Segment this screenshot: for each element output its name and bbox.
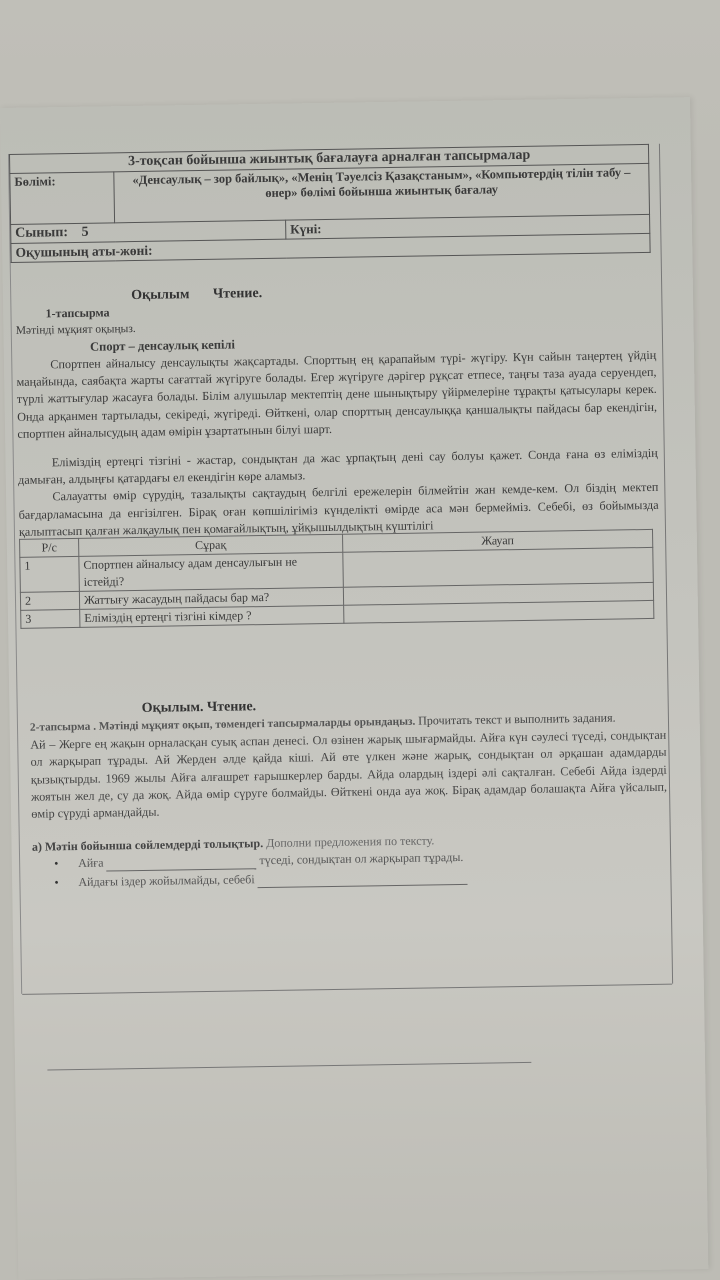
row-answer[interactable]	[344, 600, 654, 623]
task1-heading-kz: Оқылым	[131, 287, 189, 303]
questions-table: Р/с Сұрақ Жауап 1 Спортпен айналысу адам…	[19, 529, 654, 629]
row-answer[interactable]	[343, 547, 654, 587]
row-number: 3	[21, 609, 80, 628]
row-question: Спортпен айналысу адам денсаулығын не іс…	[79, 552, 344, 591]
row-number: 2	[20, 591, 79, 610]
task1-paragraph-1: Спортпен айналысу денсаулықты жақсартады…	[16, 347, 657, 443]
fill-blank[interactable]	[258, 872, 468, 888]
row-number: 1	[20, 556, 80, 592]
fill-item-prefix: Айға	[78, 856, 104, 870]
subtask-a-title-kz: а) Мәтін бойынша сөйлемдерді толықтыр.	[32, 837, 263, 855]
task1-section: Оқылым Чтение. 1-тапсырма Мәтінді мұқият…	[15, 279, 660, 629]
task2-section: Оқылым. Чтение. 2-тапсырма . Мәтінді мұқ…	[30, 692, 669, 894]
section-label: Бөлімі:	[10, 172, 115, 225]
col-header-number: Р/с	[20, 538, 79, 557]
task2-paragraph: Ай – Жерге ең жақын орналасқан суық аспа…	[30, 727, 667, 823]
header-table: 3-тоқсан бойынша жиынтық бағалауға арнал…	[9, 144, 651, 263]
date-label: Күні:	[290, 221, 322, 236]
worksheet-page: 3-тоқсан бойынша жиынтық бағалауға арнал…	[8, 144, 673, 994]
fill-blank[interactable]	[106, 857, 256, 872]
row-question: Еліміздің ертеңгі тізгіні кімдер ?	[80, 605, 344, 627]
subtask-a-title-ru: Дополни предложения по тексту.	[266, 834, 434, 851]
task1-heading-ru: Чтение.	[213, 286, 262, 302]
student-name-label: Оқушының аты-жөні:	[15, 243, 152, 260]
fill-item-suffix: түседі, сондықтан ол жарқырап тұрады.	[259, 850, 463, 867]
task2-instruction-ru: Прочитать текст и выполнить задания.	[418, 711, 616, 728]
class-label: Сынып:	[15, 225, 68, 241]
fill-item-prefix: Айдағы іздер жойылмайды, себебі	[78, 873, 254, 890]
class-value: 5	[81, 225, 88, 240]
section-value: «Денсаулық – зор байлық», «Менің Тәуелсі…	[114, 163, 650, 222]
